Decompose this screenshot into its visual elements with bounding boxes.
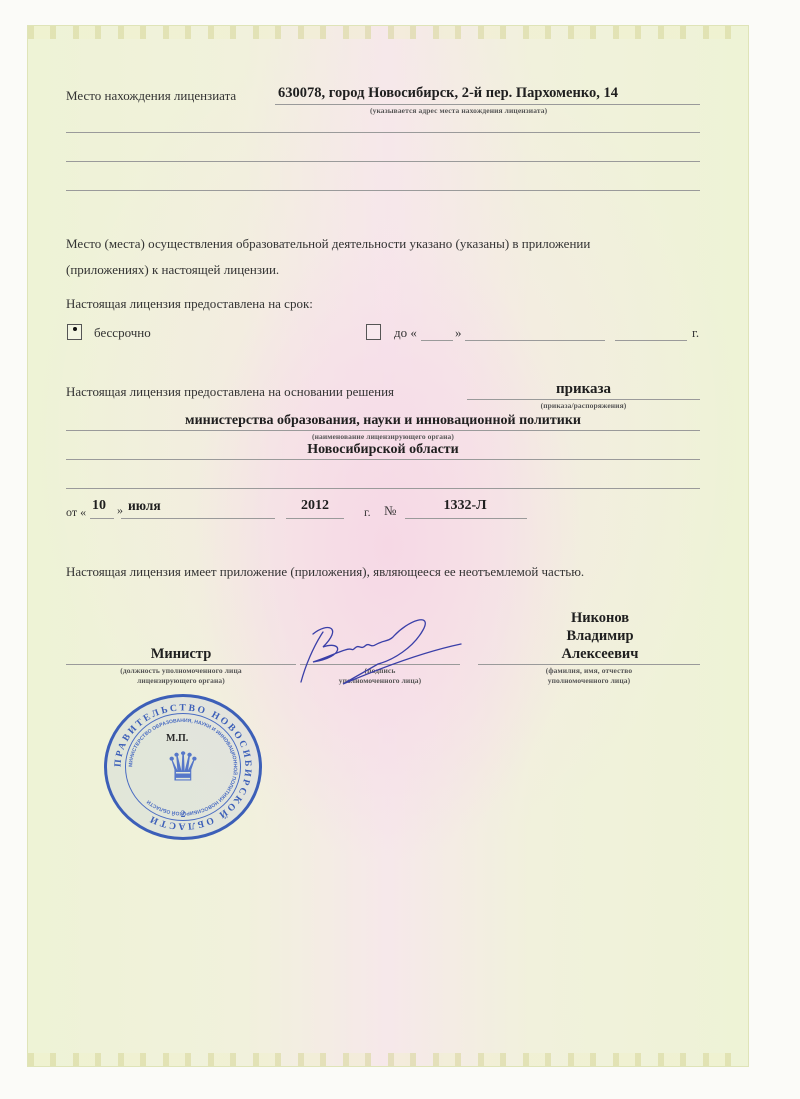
- official-seal: ПРАВИТЕЛЬСТВО НОВОСИБИРСКОЙ ОБЛАСТИ МИНИ…: [104, 694, 262, 840]
- licensee-location-label: Место нахождения лицензиата: [66, 88, 236, 104]
- order-number-label: №: [384, 503, 396, 519]
- seal-number: 2: [107, 809, 259, 819]
- activity-places-text-1: Место (места) осуществления образователь…: [66, 236, 590, 252]
- unlimited-term-label: бессрочно: [94, 325, 151, 341]
- authority-name-line-1: министерства образования, науки и иннова…: [66, 413, 700, 429]
- licensee-location-value: 630078, город Новосибирск, 2-й пер. Парх…: [278, 85, 618, 102]
- decision-type-hint: (приказа/распоряжения): [467, 401, 700, 410]
- name-hint-1: (фамилия, имя, отчество: [478, 666, 700, 675]
- unlimited-term-checkbox[interactable]: [67, 324, 82, 340]
- term-label: Настоящая лицензия предоставлена на срок…: [66, 296, 313, 312]
- order-from-label: от «: [66, 505, 86, 520]
- authority-name-line-2: Новосибирской области: [66, 442, 700, 458]
- licensee-location-hint: (указывается адрес места нахождения лице…: [370, 106, 547, 115]
- license-sheet: [27, 25, 749, 1067]
- order-day-underline: [90, 518, 114, 519]
- until-date-checkbox[interactable]: [366, 324, 381, 340]
- signatory-patronymic: Алексеевич: [500, 646, 700, 663]
- appendix-text: Настоящая лицензия имеет приложение (при…: [66, 564, 584, 580]
- seal-place-label: М.П.: [166, 733, 188, 744]
- position-hint-2: лицензирующего органа): [66, 676, 296, 685]
- order-number-underline: [405, 518, 527, 519]
- order-month: июля: [128, 498, 161, 514]
- order-number: 1332-Л: [405, 498, 525, 514]
- until-year-suffix: г.: [692, 325, 699, 341]
- blank-line-3: [66, 190, 700, 191]
- until-month-field[interactable]: [465, 340, 605, 341]
- double-headed-eagle-icon: ♛: [165, 744, 201, 791]
- order-month-underline: [121, 518, 275, 519]
- decision-type-value: приказа: [467, 381, 700, 398]
- position-underline: [66, 664, 296, 665]
- decorative-border-top: [28, 26, 748, 39]
- signatory-surname: Никонов: [500, 610, 700, 627]
- until-date-prefix: до «: [394, 325, 417, 341]
- name-hint-2: уполномоченного лица): [478, 676, 700, 685]
- order-year-suffix: г.: [364, 505, 371, 520]
- until-day-field[interactable]: [421, 340, 453, 341]
- until-date-quote: »: [455, 325, 462, 341]
- signatory-first-name: Владимир: [500, 628, 700, 645]
- order-day-quote: »: [117, 503, 123, 518]
- authority-underline-1: [66, 430, 700, 431]
- authority-hint: (наименование лицензирующего органа): [66, 432, 700, 441]
- decision-type-underline: [467, 399, 700, 400]
- signatory-position: Министр: [66, 646, 296, 663]
- basis-label: Настоящая лицензия предоставлена на осно…: [66, 384, 394, 400]
- position-hint-1: (должность уполномоченного лица: [66, 666, 296, 675]
- blank-line-1: [66, 132, 700, 133]
- order-year-underline: [286, 518, 344, 519]
- order-day: 10: [92, 498, 106, 514]
- order-year: 2012: [286, 498, 344, 514]
- name-underline: [478, 664, 700, 665]
- decorative-border-bottom: [28, 1053, 748, 1066]
- authority-underline-2: [66, 459, 700, 460]
- activity-places-text-2: (приложениях) к настоящей лицензии.: [66, 262, 279, 278]
- blank-line-2: [66, 161, 700, 162]
- until-year-field[interactable]: [615, 340, 687, 341]
- checkbox-mark-icon: [73, 327, 77, 331]
- blank-line-4: [66, 488, 700, 489]
- licensee-location-underline: [275, 104, 700, 105]
- handwritten-signature: [283, 612, 463, 692]
